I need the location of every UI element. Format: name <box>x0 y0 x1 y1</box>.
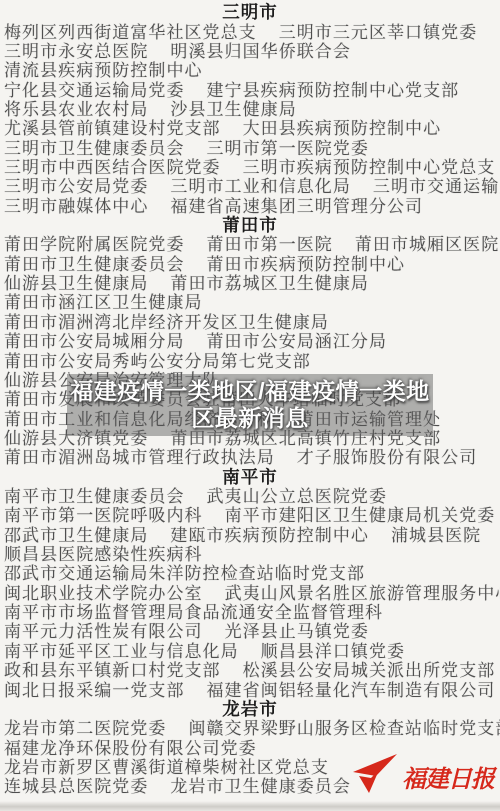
org-list-line: 莆田市湄洲岛城市管理行政执法局才子服饰股份有限公司 <box>0 448 500 467</box>
org-entry: 邵武市卫生健康局 <box>4 526 148 545</box>
section-header: 龙岩市 <box>0 700 500 720</box>
org-entry: 福建龙净环保股份有限公司党委 <box>4 739 257 758</box>
org-entry: 莆田市湄洲岛城市管理行政执法局 <box>4 448 275 467</box>
org-list-line: 莆田市涵江区卫生健康局 <box>0 293 500 312</box>
org-entry: 建宁县疾病预防控制中心党支部 <box>207 81 460 100</box>
org-list-line: 邵武市卫生健康局建瓯市疾病预防控制中心浦城县医院 <box>0 526 500 545</box>
org-entry: 龙岩市第二医院党委 <box>4 719 166 738</box>
org-entry: 武夷山风景名胜区旅游管理服务中心 <box>225 584 500 603</box>
org-entry: 莆田市卫生健康委员会 <box>4 255 185 274</box>
org-list-line: 三明市中西医结合医院党委三明市疾病预防控制中心党总支 <box>0 158 500 177</box>
logo-text: 福建日报 <box>402 766 498 793</box>
org-entry: 南平元力活性炭有限公司 <box>4 622 203 641</box>
org-entry: 莆田市公安局城厢分局 <box>4 332 185 351</box>
org-entry: 莆田市第一医院 <box>207 235 333 254</box>
org-list-line: 莆田市公安局秀屿公安分局第七党支部 <box>0 352 500 371</box>
org-entry: 莆田学院附属医院党委 <box>4 235 185 254</box>
org-entry: 浦城县医院 <box>391 526 481 545</box>
org-entry: 建瓯市疾病预防控制中心 <box>170 526 369 545</box>
org-entry: 沙县卫生健康局 <box>170 100 296 119</box>
org-list-line: 南平市第一医院呼吸内科南平市建阳区卫生健康局机关党委 <box>0 506 500 525</box>
org-entry: 连城县总医院党委 <box>4 777 148 796</box>
org-entry: 三明市永安总医院 <box>4 42 148 61</box>
org-list-line: 清流县疾病预防控制中心 <box>0 61 500 80</box>
org-entry: 莆田市湄洲湾北岸经济开发区卫生健康局 <box>4 313 329 332</box>
org-entry: 南平市第一医院呼吸内科 <box>4 506 203 525</box>
section-header: 三明市 <box>0 3 500 23</box>
org-list-line: 莆田市公安局城厢分局莆田市公安局涵江分局 <box>0 332 500 351</box>
watermark-overlay: 福建疫情一类地区/福建疫情一类地 区最新消息 <box>67 374 433 436</box>
org-entry: 清流县疾病预防控制中心 <box>4 61 203 80</box>
org-list-line: 南平元力活性炭有限公司光泽县止马镇党委 <box>0 622 500 641</box>
org-list-line: 邵武市交通运输局朱洋防控检查站临时党支部 <box>0 564 500 583</box>
org-entry: 三明市疾病预防控制中心党总支 <box>243 158 496 177</box>
org-entry: 龙岩市新罗区曹溪街道樟柴树社区党总支 <box>4 758 329 777</box>
bottom-edge-shadow <box>0 801 500 811</box>
org-entry: 松溪县公安局城关派出所党支部 <box>243 661 496 680</box>
org-entry: 南平市卫生健康委员会 <box>4 487 185 506</box>
org-entry: 南平市市场监督管理局食品流通安全监督管理科 <box>4 603 383 622</box>
org-entry: 闽北职业技术学院办公室 <box>4 584 203 603</box>
watermark-title-line1: 福建疫情一类地区/福建疫情一类地 <box>70 378 429 405</box>
org-list-line: 闽北职业技术学院办公室武夷山风景名胜区旅游管理服务中心 <box>0 584 500 603</box>
org-list-line: 龙岩市第二医院党委闽赣交界梁野山服务区检查站临时党支部 <box>0 719 500 738</box>
org-list-line: 仙游县卫生健康局莆田市荔城区卫生健康局 <box>0 274 500 293</box>
org-entry: 南平市建阳区卫生健康局机关党委 <box>225 506 496 525</box>
org-entry: 顺昌县洋口镇党委 <box>261 642 405 661</box>
org-list-line: 顺昌县医院感染性疾病科 <box>0 545 500 564</box>
org-list-line: 莆田市卫生健康委员会莆田市疾病预防控制中心 <box>0 255 500 274</box>
org-list-line: 三明市永安总医院明溪县归国华侨联合会 <box>0 42 500 61</box>
org-list-line: 政和县东平镇新口村党支部松溪县公安局城关派出所党支部 <box>0 661 500 680</box>
org-entry: 顺昌县医院感染性疾病科 <box>4 545 203 564</box>
org-entry: 闽北日报采编一党支部 <box>4 681 185 700</box>
org-entry: 三明市卫生健康委员会 <box>4 139 185 158</box>
org-entry: 明溪县归国华侨联合会 <box>170 42 351 61</box>
section-header: 南平市 <box>0 468 500 488</box>
org-entry: 莆田市公安局涵江分局 <box>207 332 388 351</box>
org-list-line: 尤溪县管前镇建设村党支部大田县疾病预防控制中心 <box>0 119 500 138</box>
org-entry: 宁化县交通运输局党委 <box>4 81 185 100</box>
swoosh-flag-icon <box>353 754 397 793</box>
org-entry: 将乐县农业农村局 <box>4 100 148 119</box>
org-entry: 莆田市公安局秀屿公安分局第七党支部 <box>4 352 311 371</box>
fujian-daily-logo: 福建日报 <box>352 751 498 799</box>
org-entry: 三明市第一医院党委 <box>207 139 369 158</box>
org-entry: 邵武市交通运输局朱洋防控检查站临时党支部 <box>4 564 365 583</box>
org-entry: 三明市公安局党委 <box>4 177 148 196</box>
org-list-line: 南平市延平区工业与信息化局顺昌县洋口镇党委 <box>0 642 500 661</box>
org-entry: 武夷山公立总医院党委 <box>207 487 388 506</box>
org-entry: 尤溪县管前镇建设村党支部 <box>4 119 221 138</box>
org-entry: 才子服饰股份有限公司 <box>297 448 478 467</box>
org-entry: 南平市延平区工业与信息化局 <box>4 642 239 661</box>
org-entry: 三明市三元区莘口镇党委 <box>279 23 478 42</box>
org-entry: 莆田市荔城区卫生健康局 <box>170 274 369 293</box>
section-header: 莆田市 <box>0 216 500 236</box>
org-entry: 福建省高速集团三明管理分公司 <box>170 197 423 216</box>
org-list-line: 闽北日报采编一党支部福建省闽铝轻量化汽车制造有限公司 <box>0 681 500 700</box>
org-entry: 三明市工业和信息化局 <box>170 177 351 196</box>
org-list-line: 莆田市湄洲湾北岸经济开发区卫生健康局 <box>0 313 500 332</box>
org-list-line: 梅列区列西街道富华社区党总支三明市三元区莘口镇党委 <box>0 23 500 42</box>
org-entry: 莆田市城厢区医院 <box>355 235 499 254</box>
org-entry: 梅列区列西街道富华社区党总支 <box>4 23 257 42</box>
document-page: 三明市梅列区列西街道富华社区党总支三明市三元区莘口镇党委三明市永安总医院明溪县归… <box>0 0 500 811</box>
org-entry: 三明市融媒体中心 <box>4 197 148 216</box>
org-list-line: 南平市卫生健康委员会武夷山公立总医院党委 <box>0 487 500 506</box>
org-entry: 莆田市涵江区卫生健康局 <box>4 293 203 312</box>
watermark-title-line2: 区最新消息 <box>191 405 309 432</box>
org-list-line: 将乐县农业农村局沙县卫生健康局 <box>0 100 500 119</box>
org-list-line: 三明市卫生健康委员会三明市第一医院党委 <box>0 139 500 158</box>
org-entry: 三明市交通运输局 <box>373 177 500 196</box>
org-entry: 龙岩市卫生健康委员会 <box>170 777 351 796</box>
org-entry: 莆田市疾病预防控制中心 <box>207 255 406 274</box>
org-entry: 福建省闽铝轻量化汽车制造有限公司 <box>207 681 496 700</box>
org-entry: 闽赣交界梁野山服务区检查站临时党支部 <box>188 719 500 738</box>
org-list-line: 三明市融媒体中心福建省高速集团三明管理分公司 <box>0 197 500 216</box>
org-entry: 政和县东平镇新口村党支部 <box>4 661 221 680</box>
org-entry: 大田县疾病预防控制中心 <box>243 119 442 138</box>
org-list-line: 莆田学院附属医院党委莆田市第一医院莆田市城厢区医院 <box>0 235 500 254</box>
org-entry: 三明市中西医结合医院党委 <box>4 158 221 177</box>
org-list-line: 宁化县交通运输局党委建宁县疾病预防控制中心党支部 <box>0 81 500 100</box>
org-entry: 光泽县止马镇党委 <box>225 622 369 641</box>
org-list-line: 三明市公安局党委三明市工业和信息化局三明市交通运输局 <box>0 177 500 196</box>
org-list-line: 南平市市场监督管理局食品流通安全监督管理科 <box>0 603 500 622</box>
org-entry: 仙游县卫生健康局 <box>4 274 148 293</box>
